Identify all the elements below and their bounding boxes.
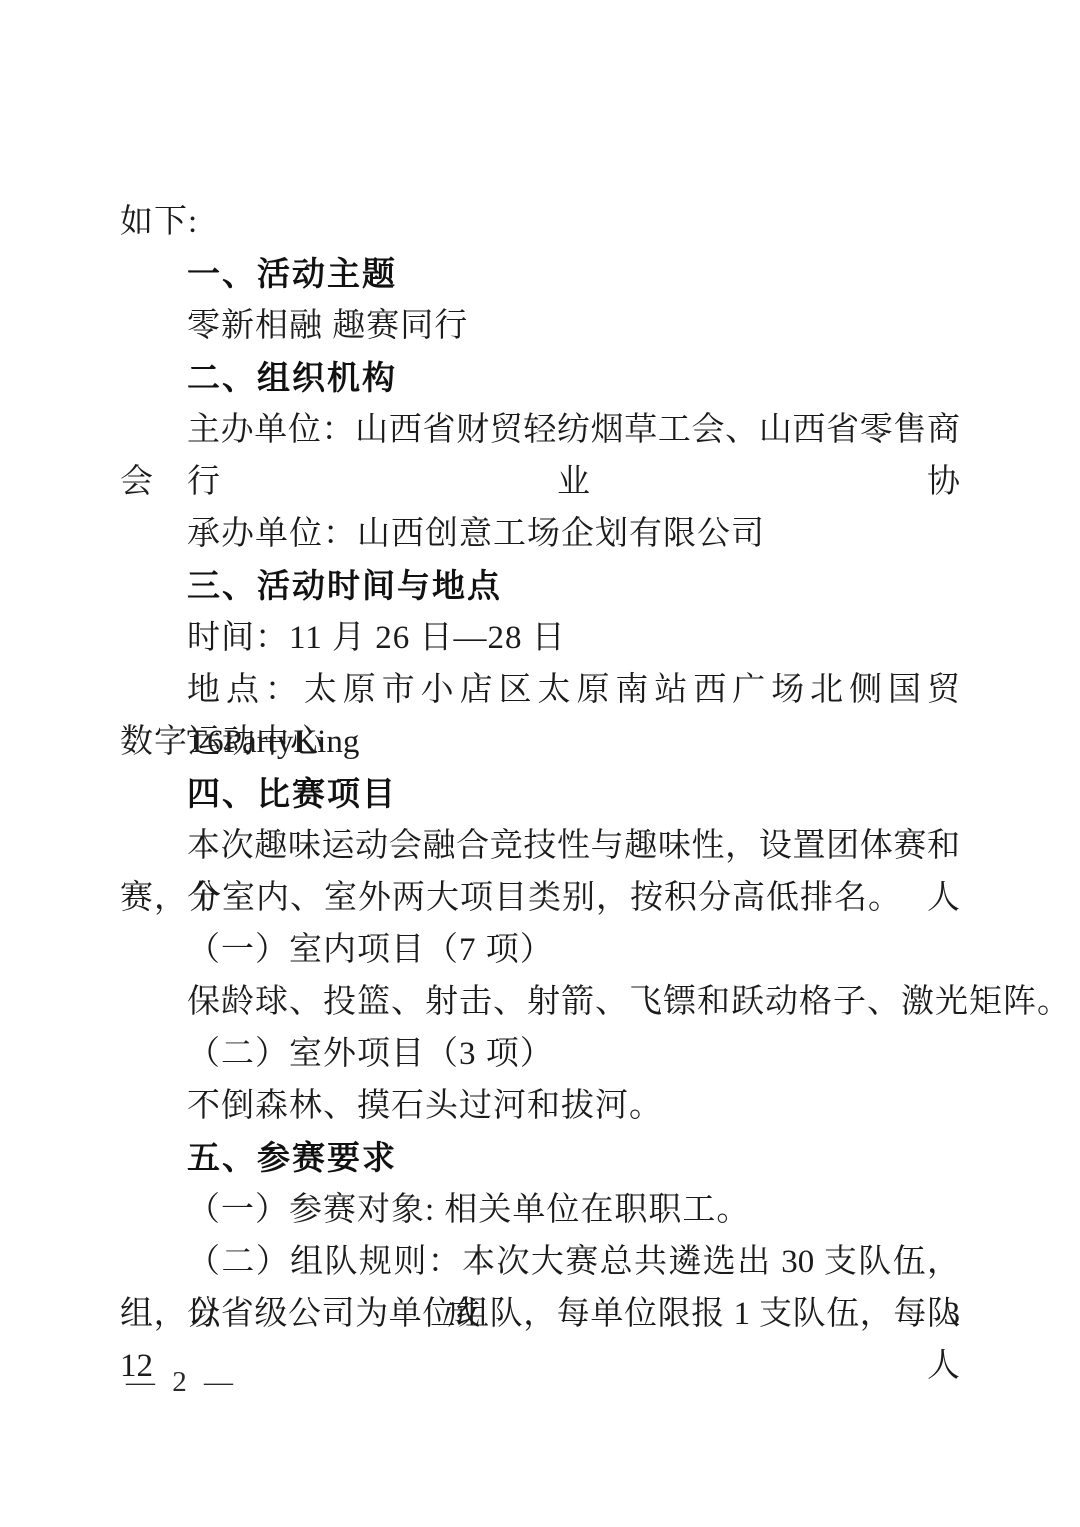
events-intro-line-1: 本次趣味运动会融合竞技性与趣味性，设置团体赛和个人	[120, 820, 960, 872]
page-number: — 2 —	[126, 1366, 238, 1399]
heading-competition-events: 四、比赛项目	[120, 768, 960, 820]
team-rules-line-2: 组，以省级公司为单位组队，每单位限报 1 支队伍，每队 12 人	[120, 1288, 960, 1340]
outdoor-events-list: 不倒森林、摸石头过河和拔河。	[120, 1080, 960, 1132]
events-intro-line-2: 赛，分室内、室外两大项目类别，按积分高低排名。	[120, 872, 960, 924]
document-body: 如下: 一、活动主题 零新相融 趣赛同行 二、组织机构 主办单位：山西省财贸轻纺…	[120, 196, 960, 1340]
indoor-events-list: 保龄球、投篮、射击、射箭、飞镖和跃动格子、激光矩阵。	[120, 976, 960, 1028]
activity-theme-text: 零新相融 趣赛同行	[120, 300, 960, 352]
undertaker-line: 承办单位：山西创意工场企划有限公司	[120, 508, 960, 560]
document-page: 如下: 一、活动主题 零新相融 趣赛同行 二、组织机构 主办单位：山西省财贸轻纺…	[0, 0, 1080, 1527]
heading-organization: 二、组织机构	[120, 352, 960, 404]
outdoor-events-subheading: （二）室外项目（3 项）	[120, 1028, 960, 1080]
time-line: 时间：11 月 26 日—28 日	[120, 612, 960, 664]
intro-line: 如下:	[120, 196, 960, 248]
heading-time-location: 三、活动时间与地点	[120, 560, 960, 612]
indoor-events-subheading: （一）室内项目（7 项）	[120, 924, 960, 976]
heading-activity-theme: 一、活动主题	[120, 248, 960, 300]
location-line-2: 数字运动中心	[120, 716, 960, 768]
organizer-line-1: 主办单位：山西省财贸轻纺烟草工会、山西省零售商行业协	[120, 404, 960, 456]
participants-line: （一）参赛对象: 相关单位在职职工。	[120, 1184, 960, 1236]
team-rules-line-1: （二）组队规则：本次大赛总共遴选出 30 支队伍，分成 3	[120, 1236, 960, 1288]
location-line-1: 地点：太原市小店区太原南站西广场北侧国贸 T6PartyKing	[120, 664, 960, 716]
heading-participation-requirements: 五、参赛要求	[120, 1132, 960, 1184]
